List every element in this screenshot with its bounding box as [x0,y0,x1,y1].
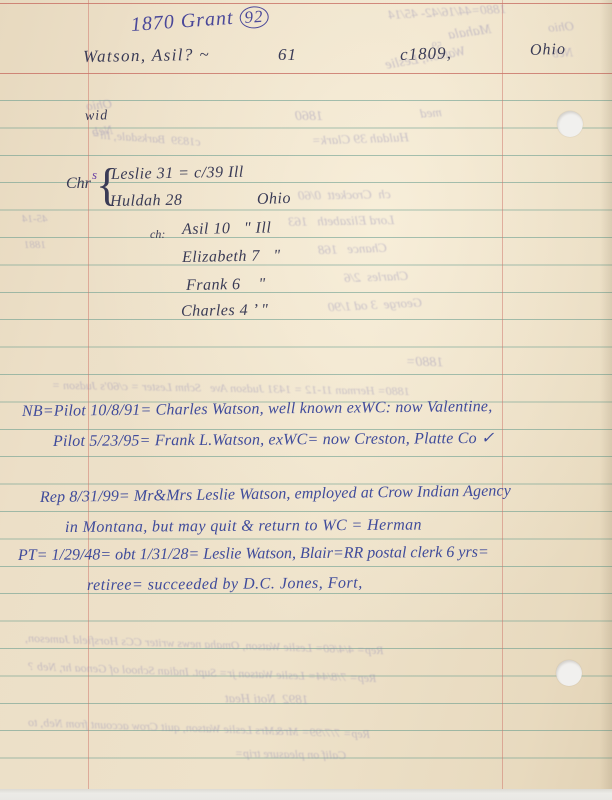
entry-head-birthplace: Ohio [530,42,567,59]
clipping-note-3b: retiree= succeeded by D.C. Jones, Fort, [87,576,363,594]
child-elizabeth: Elizabeth 7 " [182,248,281,266]
child-asil: Asil 10 " Ill [182,220,272,238]
scanned-notebook-page: 1880=44/16/42- 45/14Mahala59Watson, Lesl… [0,0,612,789]
child-huldah: Huldah 28 [110,193,183,210]
entry-head-birthyear: c1809, [400,44,452,63]
child-charles: Charles 4 ’ " [181,302,269,320]
clipping-note-3a: PT= 1/29/48= obt 1/31/28= Leslie Watson,… [18,545,489,564]
clipping-note-1b: Pilot 5/23/95= Frank L.Watson, exWC= now… [53,431,495,450]
punch-hole-bottom [556,660,582,686]
note-widowed: wid [85,109,109,124]
clipping-note-1a: NB=Pilot 10/8/91= Charles Watson, well k… [22,399,493,420]
child-huldah-birthplace: Ohio [257,191,292,208]
children-label: Chr [66,176,91,192]
title-census-year: 1870 Grant 92 [130,5,269,37]
circled-page-number: 92 [239,5,269,29]
page-right-edge-shadow [600,0,612,789]
child-leslie: Leslie 31 = c/39 Ill [111,165,244,183]
handwriting-layer: 1870 Grant 92Watson, Asil? ~61c1809,Ohio… [0,0,612,789]
clipping-note-2b: in Montana, but may quit & return to WC … [65,518,422,536]
clipping-note-2a: Rep 8/31/99= Mr&Mrs Leslie Watson, emplo… [40,483,511,506]
entry-head-age: 61 [278,46,297,63]
scan-background-strip [0,789,612,800]
punch-hole-top [557,111,583,137]
child-prefix: ch: [150,228,165,240]
entry-head-name: Watson, Asil? ~ [83,46,210,65]
child-frank: Frank 6 " [186,277,266,294]
